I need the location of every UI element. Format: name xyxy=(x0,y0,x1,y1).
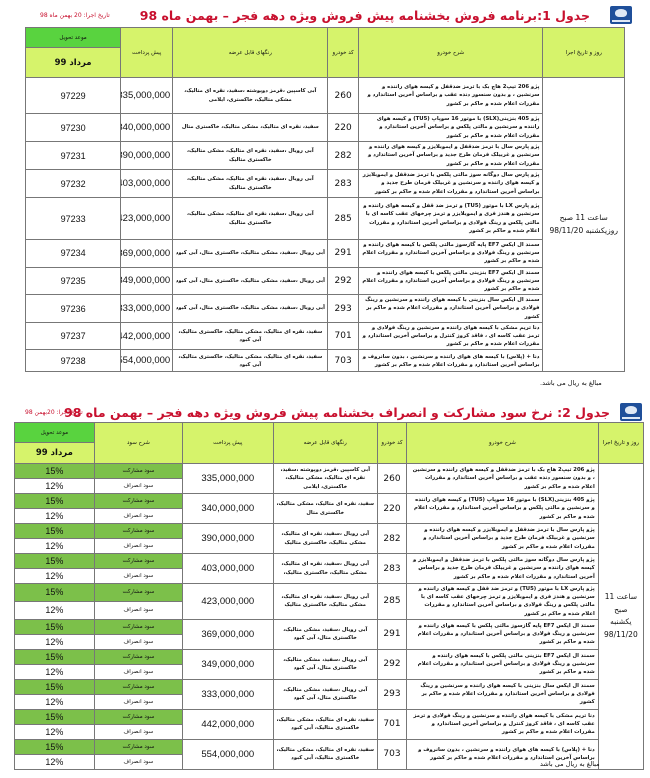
header-desc: شرح خودرو xyxy=(358,28,543,78)
available-colors: آبی رویال ،سفید، مشکی متالیک، خاکستری مت… xyxy=(173,240,328,268)
available-colors: آبی رویال ،سفید، نقره ای متالیک، مشکی مت… xyxy=(273,524,377,554)
cancellation-profit-label: سود انصراف xyxy=(94,694,182,709)
table-row: سمند ال ایکس EF7 بنزینی مالتی پلکس با کی… xyxy=(15,649,644,664)
cancellation-profit-label: سود انصراف xyxy=(94,724,182,739)
car-description: دنا تریم مشکی با کیسه هوای راننده و سرنش… xyxy=(407,709,599,739)
exec-day-line: یکشنبه xyxy=(601,616,641,629)
participation-profit-rate: 15% xyxy=(15,679,95,694)
table-row: دنا تریم مشکی با کیسه هوای راننده و سرنش… xyxy=(15,709,644,724)
available-colors: سفید، نقره ای متالیک، مشکی متالیک، خاکست… xyxy=(173,350,328,372)
prepayment-amount: 349,000,000 xyxy=(183,649,273,679)
car-code: 283 xyxy=(328,170,359,198)
car-code: 703 xyxy=(328,350,359,372)
table-row: سمند ال ایکس EF7 پایه گازسوز مالتی پلکس … xyxy=(26,240,625,268)
table-row: پژو پارس سال دوگانه سوز مالتی پلکس با تر… xyxy=(15,554,644,569)
car-description: پژو پارس LX با موتور (TU5) و ترمز ضد قفل… xyxy=(407,584,599,620)
cancellation-profit-rate: 12% xyxy=(15,509,95,524)
order-code: 97238 xyxy=(26,350,121,372)
table1-section: جدول 1:برنامه فروش بخشنامه پیش فروش ویژه… xyxy=(0,0,650,28)
car-description: دنا تریم مشکی با کیسه هوای راننده و سرنش… xyxy=(358,322,543,350)
prepayment-amount: 423,000,000 xyxy=(183,584,273,620)
car-code: 703 xyxy=(377,739,406,769)
table2-title: جدول 2: نرخ سود مشارکت و انصراف بخشنامه … xyxy=(130,405,610,420)
available-colors: آبی رویال ،سفید، مشکی متالیک، خاکستری مت… xyxy=(173,267,328,295)
header-colors: رنگهای قابل عرضه xyxy=(273,423,377,464)
car-code: 260 xyxy=(328,78,359,114)
table2-note: مبالغ به ریال می باشد xyxy=(540,760,600,768)
order-code: 97235 xyxy=(26,267,121,295)
car-description: سمند ال ایکس EF7 پایه گازسوز مالتی پلکس … xyxy=(407,619,599,649)
cancellation-profit-rate: 12% xyxy=(15,694,95,709)
order-code: 97230 xyxy=(26,114,121,142)
header-desc: شرح خودرو xyxy=(407,423,599,464)
available-colors: آبی رویال ،سفید، نقره ای متالیک، مشکی مت… xyxy=(273,584,377,620)
participation-profit-rate: 15% xyxy=(15,709,95,724)
prepayment-amount: 369,000,000 xyxy=(183,619,273,649)
available-colors: سفید، نقره ای متالیک، مشکی متالیک، خاکست… xyxy=(273,494,377,524)
company-logo-icon xyxy=(610,6,632,24)
cancellation-profit-label: سود انصراف xyxy=(94,479,182,494)
car-description: سمند ال ایکس EF7 بنزینی مالتی پلکس با کی… xyxy=(358,267,543,295)
table-row: دنا + (پلاس) با کیسه های هوای راننده و س… xyxy=(26,350,625,372)
table-row: ساعت 11 صبحیکشنبه98/11/20پژو 206 تیپ2 ها… xyxy=(15,464,644,479)
car-code: 282 xyxy=(328,142,359,170)
car-code: 701 xyxy=(328,322,359,350)
exec-date-line: 98/11/20 xyxy=(601,629,641,642)
car-code: 292 xyxy=(377,649,406,679)
participation-profit-label: سود مشارکت xyxy=(94,709,182,724)
table-row: پژو 405 بنزینی(SLX) با موتور 16 سوپاپ (T… xyxy=(26,114,625,142)
cancellation-profit-label: سود انصراف xyxy=(94,539,182,554)
available-colors: سفید، نقره ای متالیک، مشکی متالیک، خاکست… xyxy=(273,739,377,769)
car-code: 293 xyxy=(328,295,359,323)
available-colors: سفید، نقره ای متالیک، مشکی متالیک، خاکست… xyxy=(173,322,328,350)
cancellation-profit-rate: 12% xyxy=(15,634,95,649)
table2-exec-date: تاریخ اجرا: 20بهمن 98 xyxy=(25,409,83,416)
car-description: پژو 206 تیپ2 هاچ بک با ترمز ضدقفل و کیسه… xyxy=(358,78,543,114)
participation-profit-label: سود مشارکت xyxy=(94,649,182,664)
car-code: 282 xyxy=(377,524,406,554)
table-row: پژو پارس LX با موتور (TU5) و ترمز ضد قفل… xyxy=(15,584,644,602)
table-row: پژو پارس LX با موتور (TU5) و ترمز ضد قفل… xyxy=(26,198,625,240)
header-delivery-value: مرداد 99 xyxy=(26,48,121,78)
table-row: سمند ال ایکس EF7 پایه گازسوز مالتی پلکس … xyxy=(15,619,644,634)
car-code: 285 xyxy=(328,198,359,240)
car-description: سمند ال ایکس سال بنزینی با کیسه هوای ران… xyxy=(407,679,599,709)
available-colors: آبی رویال ،سفید، نقره ای متالیک، مشکی مت… xyxy=(273,554,377,584)
header-colors: رنگهای قابل عرضه xyxy=(173,28,328,78)
available-colors: آبی رویال ،سفید، مشکی متالیک، خاکستری مت… xyxy=(273,679,377,709)
participation-profit-rate: 15% xyxy=(15,739,95,754)
cancellation-profit-label: سود انصراف xyxy=(94,569,182,584)
car-description: پژو 405 بنزینی(SLX) با موتور 16 سوپاپ (T… xyxy=(407,494,599,524)
company-logo-icon xyxy=(620,403,642,421)
cancellation-profit-rate: 12% xyxy=(15,539,95,554)
prepayment-amount: 403,000,000 xyxy=(183,554,273,584)
car-description: پژو 405 بنزینی(SLX) با موتور 16 سوپاپ (T… xyxy=(358,114,543,142)
exec-time-line: ساعت 11 صبح xyxy=(545,212,622,225)
header-delivery-value: مرداد 99 xyxy=(15,443,95,464)
car-code: 220 xyxy=(377,494,406,524)
cancellation-profit-rate: 12% xyxy=(15,479,95,494)
prepayment-amount: 554,000,000 xyxy=(183,739,273,769)
car-code: 285 xyxy=(377,584,406,620)
cancellation-profit-rate: 12% xyxy=(15,601,95,619)
table-row: سمند ال ایکس EF7 بنزینی مالتی پلکس با کی… xyxy=(26,267,625,295)
car-code: 291 xyxy=(377,619,406,649)
header-prepay: پیش پرداخت xyxy=(121,28,173,78)
car-description: سمند ال ایکس EF7 بنزینی مالتی پلکس با کی… xyxy=(407,649,599,679)
exec-time-line: ساعت 11 صبح xyxy=(601,591,641,617)
available-colors: آبی رویال ،سفید، نقره ای متالیک، مشکی مت… xyxy=(173,142,328,170)
table-row: پژو 405 بنزینی(SLX) با موتور 16 سوپاپ (T… xyxy=(15,494,644,509)
table-row: دنا + (پلاس) با کیسه های هوای راننده و س… xyxy=(15,739,644,754)
cancellation-profit-label: سود انصراف xyxy=(94,601,182,619)
prepayment-amount: 554,000,000 xyxy=(121,350,173,372)
cancellation-profit-rate: 12% xyxy=(15,754,95,769)
table-row: پژو پارس سال دوگانه سوز مالتی پلکس با تر… xyxy=(26,170,625,198)
prepayment-amount: 340,000,000 xyxy=(121,114,173,142)
header-delivery: موعد تحویل xyxy=(26,28,121,48)
participation-profit-rate: 15% xyxy=(15,649,95,664)
cancellation-profit-rate: 12% xyxy=(15,724,95,739)
prepayment-amount: 335,000,000 xyxy=(183,464,273,494)
participation-profit-label: سود مشارکت xyxy=(94,619,182,634)
car-code: 292 xyxy=(328,267,359,295)
order-code: 97233 xyxy=(26,198,121,240)
table-row: ساعت 11 صبحروزیکشنبه 98/11/20پژو 206 تیپ… xyxy=(26,78,625,114)
participation-profit-rate: 15% xyxy=(15,554,95,569)
car-code: 291 xyxy=(328,240,359,268)
car-description: دنا + (پلاس) با کیسه های هوای راننده و س… xyxy=(358,350,543,372)
header-prepay: پیش پرداخت xyxy=(183,423,273,464)
prepayment-amount: 333,000,000 xyxy=(121,295,173,323)
car-code: 293 xyxy=(377,679,406,709)
participation-profit-rate: 15% xyxy=(15,524,95,539)
prepayment-amount: 333,000,000 xyxy=(183,679,273,709)
participation-profit-label: سود مشارکت xyxy=(94,679,182,694)
table1-sales-program: روز و تاریخ اجرا شرح خودرو کد خودرو رنگه… xyxy=(25,27,625,372)
car-code: 260 xyxy=(377,464,406,494)
prepayment-amount: 340,000,000 xyxy=(183,494,273,524)
car-code: 283 xyxy=(377,554,406,584)
table-row: پژو پارس سال با ترمز ضدقفل و ایموبلایزر … xyxy=(26,142,625,170)
available-colors: آبی رویال ،سفید، مشکی متالیک، خاکستری مت… xyxy=(273,619,377,649)
table2-section: جدول 2: نرخ سود مشارکت و انصراف بخشنامه … xyxy=(0,397,650,425)
header-profit-desc: شرح سود xyxy=(94,423,182,464)
participation-profit-label: سود مشارکت xyxy=(94,494,182,509)
car-description: پژو پارس سال دوگانه سوز مالتی پلکس با تر… xyxy=(358,170,543,198)
available-colors: آبی کاسپین ،قرمز دوپوشته ،سفید، نقره ای … xyxy=(173,78,328,114)
car-description: پژو پارس سال دوگانه سوز مالتی پلکس با تر… xyxy=(407,554,599,584)
available-colors: آبی رویال ،سفید، نقره ای متالیک، مشکی مت… xyxy=(173,170,328,198)
prepayment-amount: 442,000,000 xyxy=(121,322,173,350)
table1-title-row: جدول 1:برنامه فروش بخشنامه پیش فروش ویژه… xyxy=(0,0,650,28)
table-row: سمند ال ایکس سال بنزینی با کیسه هوای ران… xyxy=(15,679,644,694)
table-row: سمند ال ایکس سال بنزینی با کیسه هوای ران… xyxy=(26,295,625,323)
car-code: 220 xyxy=(328,114,359,142)
prepayment-amount: 390,000,000 xyxy=(121,142,173,170)
participation-profit-label: سود مشارکت xyxy=(94,524,182,539)
prepayment-amount: 403,000,000 xyxy=(121,170,173,198)
header-code: کد خودرو xyxy=(377,423,406,464)
cancellation-profit-rate: 12% xyxy=(15,569,95,584)
participation-profit-label: سود مشارکت xyxy=(94,464,182,479)
participation-profit-label: سود مشارکت xyxy=(94,584,182,602)
car-description: سمند ال ایکس EF7 پایه گازسوز مالتی پلکس … xyxy=(358,240,543,268)
order-code: 97232 xyxy=(26,170,121,198)
car-description: پژو 206 تیپ2 هاچ بک با ترمز ضدقفل و کیسه… xyxy=(407,464,599,494)
cancellation-profit-label: سود انصراف xyxy=(94,754,182,769)
participation-profit-label: سود مشارکت xyxy=(94,739,182,754)
order-code: 97237 xyxy=(26,322,121,350)
table1-exec-date: تاریخ اجرا: 20 بهمن ماه 98 xyxy=(40,12,110,19)
available-colors: آبی رویال ،سفید، مشکی متالیک، خاکستری مت… xyxy=(173,295,328,323)
car-description: پژو پارس LX با موتور (TU5) و ترمز ضد قفل… xyxy=(358,198,543,240)
available-colors: آبی رویال ،سفید، نقره ای متالیک، مشکی مت… xyxy=(173,198,328,240)
exec-time-cell: ساعت 11 صبحیکشنبه98/11/20 xyxy=(598,464,643,770)
prepayment-amount: 369,000,000 xyxy=(121,240,173,268)
table-row: پژو پارس سال با ترمز ضدقفل و ایموبلایزر … xyxy=(15,524,644,539)
prepayment-amount: 423,000,000 xyxy=(121,198,173,240)
available-colors: سفید، نقره ای متالیک، مشکی متالیک، خاکست… xyxy=(273,709,377,739)
car-description: سمند ال ایکس سال بنزینی با کیسه هوای ران… xyxy=(358,295,543,323)
participation-profit-rate: 15% xyxy=(15,494,95,509)
participation-profit-rate: 15% xyxy=(15,464,95,479)
table2-profit-rates: روز و تاریخ اجرا شرح خودرو کد خودرو رنگه… xyxy=(14,422,644,770)
exec-date-line: روزیکشنبه 98/11/20 xyxy=(545,225,622,238)
header-delivery: موعد تحویل xyxy=(15,423,95,443)
participation-profit-rate: 15% xyxy=(15,619,95,634)
header-time: روز و تاریخ اجرا xyxy=(598,423,643,464)
table1-note: مبالغ به ریال می باشد. xyxy=(540,379,602,387)
available-colors: سفید، نقره ای متالیک، مشکی متالیک، خاکست… xyxy=(173,114,328,142)
car-description: پژو پارس سال با ترمز ضدقفل و ایموبلایزر … xyxy=(358,142,543,170)
cancellation-profit-label: سود انصراف xyxy=(94,634,182,649)
prepayment-amount: 442,000,000 xyxy=(183,709,273,739)
available-colors: آبی رویال ،سفید، مشکی متالیک، خاکستری مت… xyxy=(273,649,377,679)
header-time: روز و تاریخ اجرا xyxy=(543,28,625,78)
participation-profit-label: سود مشارکت xyxy=(94,554,182,569)
table2-title-row: جدول 2: نرخ سود مشارکت و انصراف بخشنامه … xyxy=(0,397,650,425)
cancellation-profit-label: سود انصراف xyxy=(94,664,182,679)
participation-profit-rate: 15% xyxy=(15,584,95,602)
available-colors: آبی کاسپین ،قرمز دوپوشته ،سفید، نقره ای … xyxy=(273,464,377,494)
cancellation-profit-label: سود انصراف xyxy=(94,509,182,524)
order-code: 97231 xyxy=(26,142,121,170)
order-code: 97229 xyxy=(26,78,121,114)
prepayment-amount: 390,000,000 xyxy=(183,524,273,554)
table-row: دنا تریم مشکی با کیسه هوای راننده و سرنش… xyxy=(26,322,625,350)
car-code: 701 xyxy=(377,709,406,739)
exec-time-cell: ساعت 11 صبحروزیکشنبه 98/11/20 xyxy=(543,78,625,372)
prepayment-amount: 335,000,000 xyxy=(121,78,173,114)
order-code: 97236 xyxy=(26,295,121,323)
prepayment-amount: 349,000,000 xyxy=(121,267,173,295)
order-code: 97234 xyxy=(26,240,121,268)
cancellation-profit-rate: 12% xyxy=(15,664,95,679)
car-description: پژو پارس سال با ترمز ضدقفل و ایموبلایزر … xyxy=(407,524,599,554)
table1-title: جدول 1:برنامه فروش بخشنامه پیش فروش ویژه… xyxy=(150,8,590,23)
header-code: کد خودرو xyxy=(328,28,359,78)
